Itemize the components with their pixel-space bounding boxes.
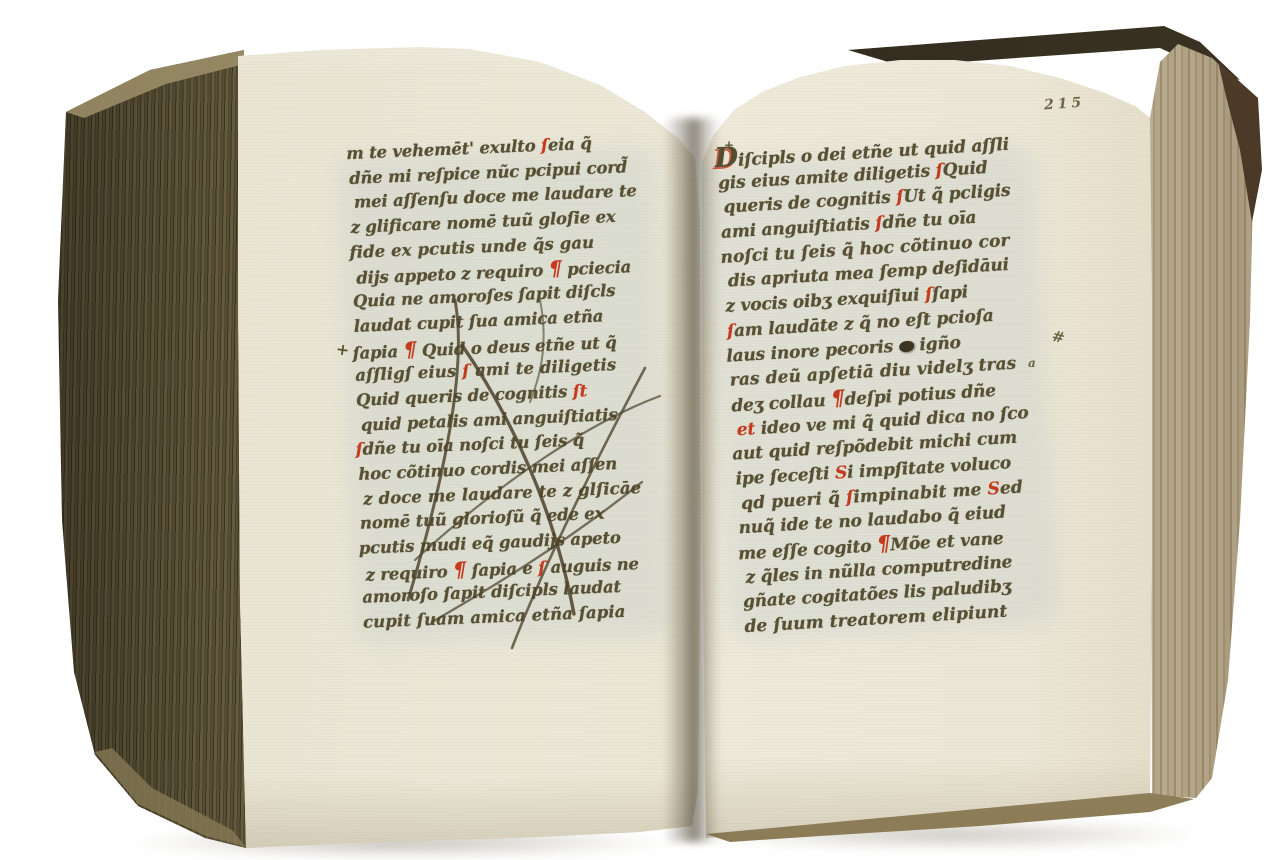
left-margin-cross-mark: +: [335, 339, 351, 360]
manuscript-photo-canvas: { "scene": { "subject": "open medieval m…: [0, 0, 1280, 860]
folio-number: 215: [1043, 95, 1085, 114]
cancellation-strokes: [0, 0, 1280, 860]
right-page-top-cross-mark: +: [724, 138, 734, 152]
right-margin-letter-a: a: [1028, 356, 1036, 370]
